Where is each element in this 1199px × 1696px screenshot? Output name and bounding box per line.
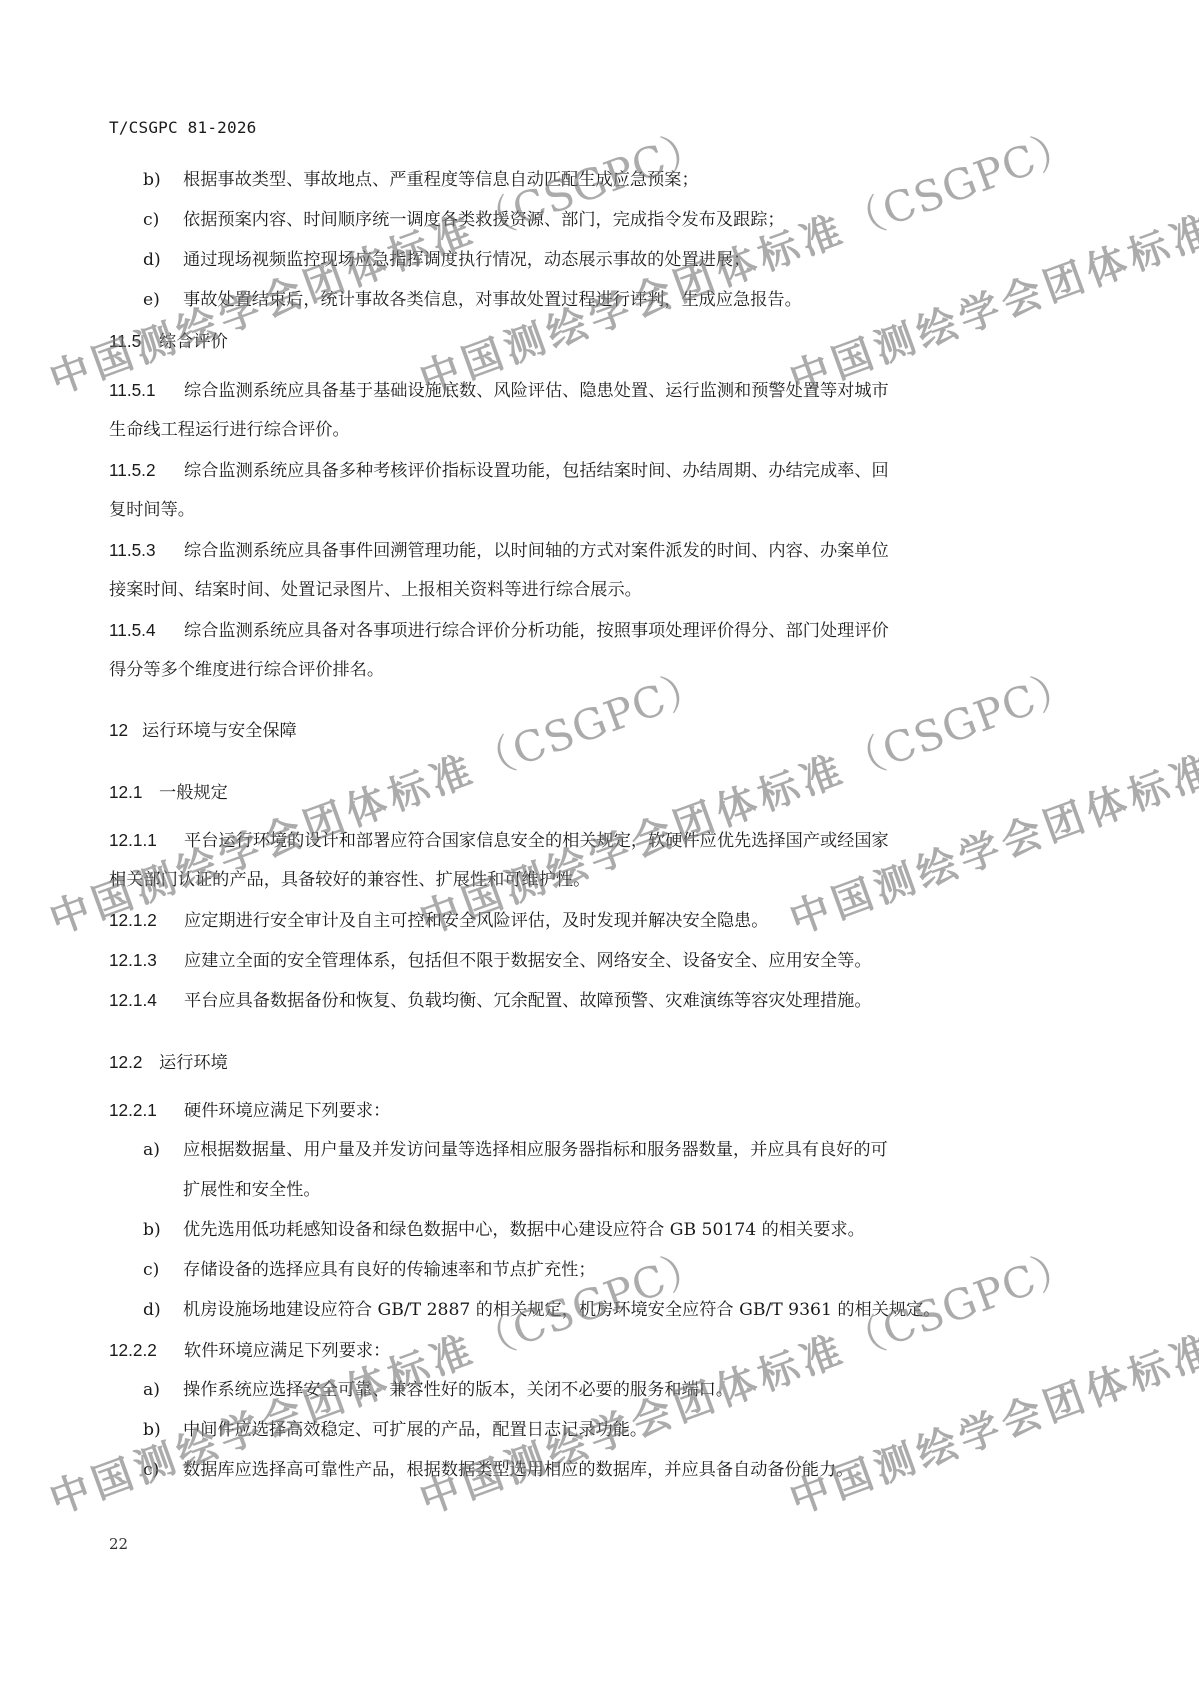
clause-11-5-1-cont: 生命线工程运行进行综合评价。 (109, 419, 350, 441)
clause-11-5-3-cont: 接案时间、结案时间、处置记录图片、上报相关资料等进行综合展示。 (109, 579, 642, 601)
clause-11-5-4: 11.5.4综合监测系统应具备对各事项进行综合评价分析功能，按照事项处理评价得分… (109, 619, 889, 642)
item-text: 通过现场视频监控现场应急指挥调度执行情况，动态展示事故的处置进展； (183, 250, 750, 270)
item-label: c) (143, 209, 183, 231)
clause-12-1-2: 12.1.2应定期进行安全审计及自主可控和安全风险评估，及时发现并解决安全隐患。 (109, 909, 768, 932)
list-item: c)数据库应选择高可靠性产品，根据数据类型选用相应的数据库，并应具备自动备份能力… (143, 1459, 853, 1481)
list-item: c)存储设备的选择应具有良好的传输速率和节点扩充性； (143, 1259, 596, 1281)
section-heading-11-5: 11.5综合评价 (109, 330, 228, 352)
document-code: T/CSGPC 81-2026 (109, 118, 257, 137)
clause-12-1-4: 12.1.4平台应具备数据备份和恢复、负载均衡、冗余配置、故障预警、灾难演练等容… (109, 989, 872, 1012)
item-text: 依据预案内容、时间顺序统一调度各类救援资源、部门，完成指令发布及跟踪； (183, 210, 785, 230)
watermark: 中国测绘学会团体标准（CSGPC） (780, 652, 1199, 946)
item-text: 根据事故类型、事故地点、严重程度等信息自动匹配生成应急预案； (183, 170, 699, 190)
item-label: b) (143, 169, 183, 191)
list-item: b)优先选用低功耗感知设备和绿色数据中心，数据中心建设应符合 GB 50174 … (143, 1219, 865, 1241)
list-item: a)应根据数据量、用户量及并发访问量等选择相应服务器指标和服务器数量，并应具有良… (143, 1139, 888, 1161)
clause-12-1-1-cont: 相关部门认证的产品，具备较好的兼容性、扩展性和可维护性。 (109, 869, 590, 891)
list-item: b)根据事故类型、事故地点、严重程度等信息自动匹配生成应急预案； (143, 169, 699, 191)
item-label: d) (143, 249, 183, 271)
clause-12-2-1: 12.2.1硬件环境应满足下列要求： (109, 1099, 390, 1122)
clause-11-5-1: 11.5.1综合监测系统应具备基于基础设施底数、风险评估、隐患处置、运行监测和预… (109, 379, 889, 402)
list-item: d)通过现场视频监控现场应急指挥调度执行情况，动态展示事故的处置进展； (143, 249, 750, 271)
clause-11-5-2-cont: 复时间等。 (109, 499, 195, 521)
watermark: 中国测绘学会团体标准（CSGPC） (780, 1232, 1199, 1526)
list-item: b)中间件应选择高效稳定、可扩展的产品，配置日志记录功能。 (143, 1419, 647, 1441)
list-item: c)依据预案内容、时间顺序统一调度各类救援资源、部门，完成指令发布及跟踪； (143, 209, 785, 231)
clause-11-5-2: 11.5.2综合监测系统应具备多种考核评价指标设置功能，包括结案时间、办结周期、… (109, 459, 889, 482)
list-item: a)操作系统应选择安全可靠、兼容性好的版本，关闭不必要的服务和端口。 (143, 1379, 733, 1401)
clause-11-5-3: 11.5.3综合监测系统应具备事件回溯管理功能，以时间轴的方式对案件派发的时间、… (109, 539, 889, 562)
section-heading-12: 12运行环境与安全保障 (109, 719, 297, 741)
watermark: 中国测绘学会团体标准（CSGPC） (410, 652, 1084, 946)
section-heading-12-1: 12.1一般规定 (109, 781, 228, 803)
page-number: 22 (109, 1535, 128, 1553)
clause-12-1-3: 12.1.3应建立全面的安全管理体系，包括但不限于数据安全、网络安全、设备安全、… (109, 949, 872, 972)
clause-12-1-1: 12.1.1平台运行环境的设计和部署应符合国家信息安全的相关规定，软硬件应优先选… (109, 829, 889, 852)
list-item-cont: 扩展性和安全性。 (183, 1179, 321, 1201)
item-label: e) (143, 289, 183, 311)
list-item: d)机房设施场地建设应符合 GB/T 2887 的相关规定，机房环境安全应符合 … (143, 1299, 941, 1321)
watermark: 中国测绘学会团体标准（CSGPC） (780, 112, 1199, 406)
document-page: T/CSGPC 81-2026 b)根据事故类型、事故地点、严重程度等信息自动匹… (0, 0, 1199, 1696)
clause-11-5-4-cont: 得分等多个维度进行综合评价排名。 (109, 659, 384, 681)
clause-12-2-2: 12.2.2软件环境应满足下列要求： (109, 1339, 390, 1362)
list-item: e)事故处置结束后，统计事故各类信息，对事故处置过程进行评判，生成应急报告。 (143, 289, 802, 311)
section-heading-12-2: 12.2运行环境 (109, 1051, 228, 1073)
item-text: 事故处置结束后，统计事故各类信息，对事故处置过程进行评判，生成应急报告。 (183, 290, 802, 310)
